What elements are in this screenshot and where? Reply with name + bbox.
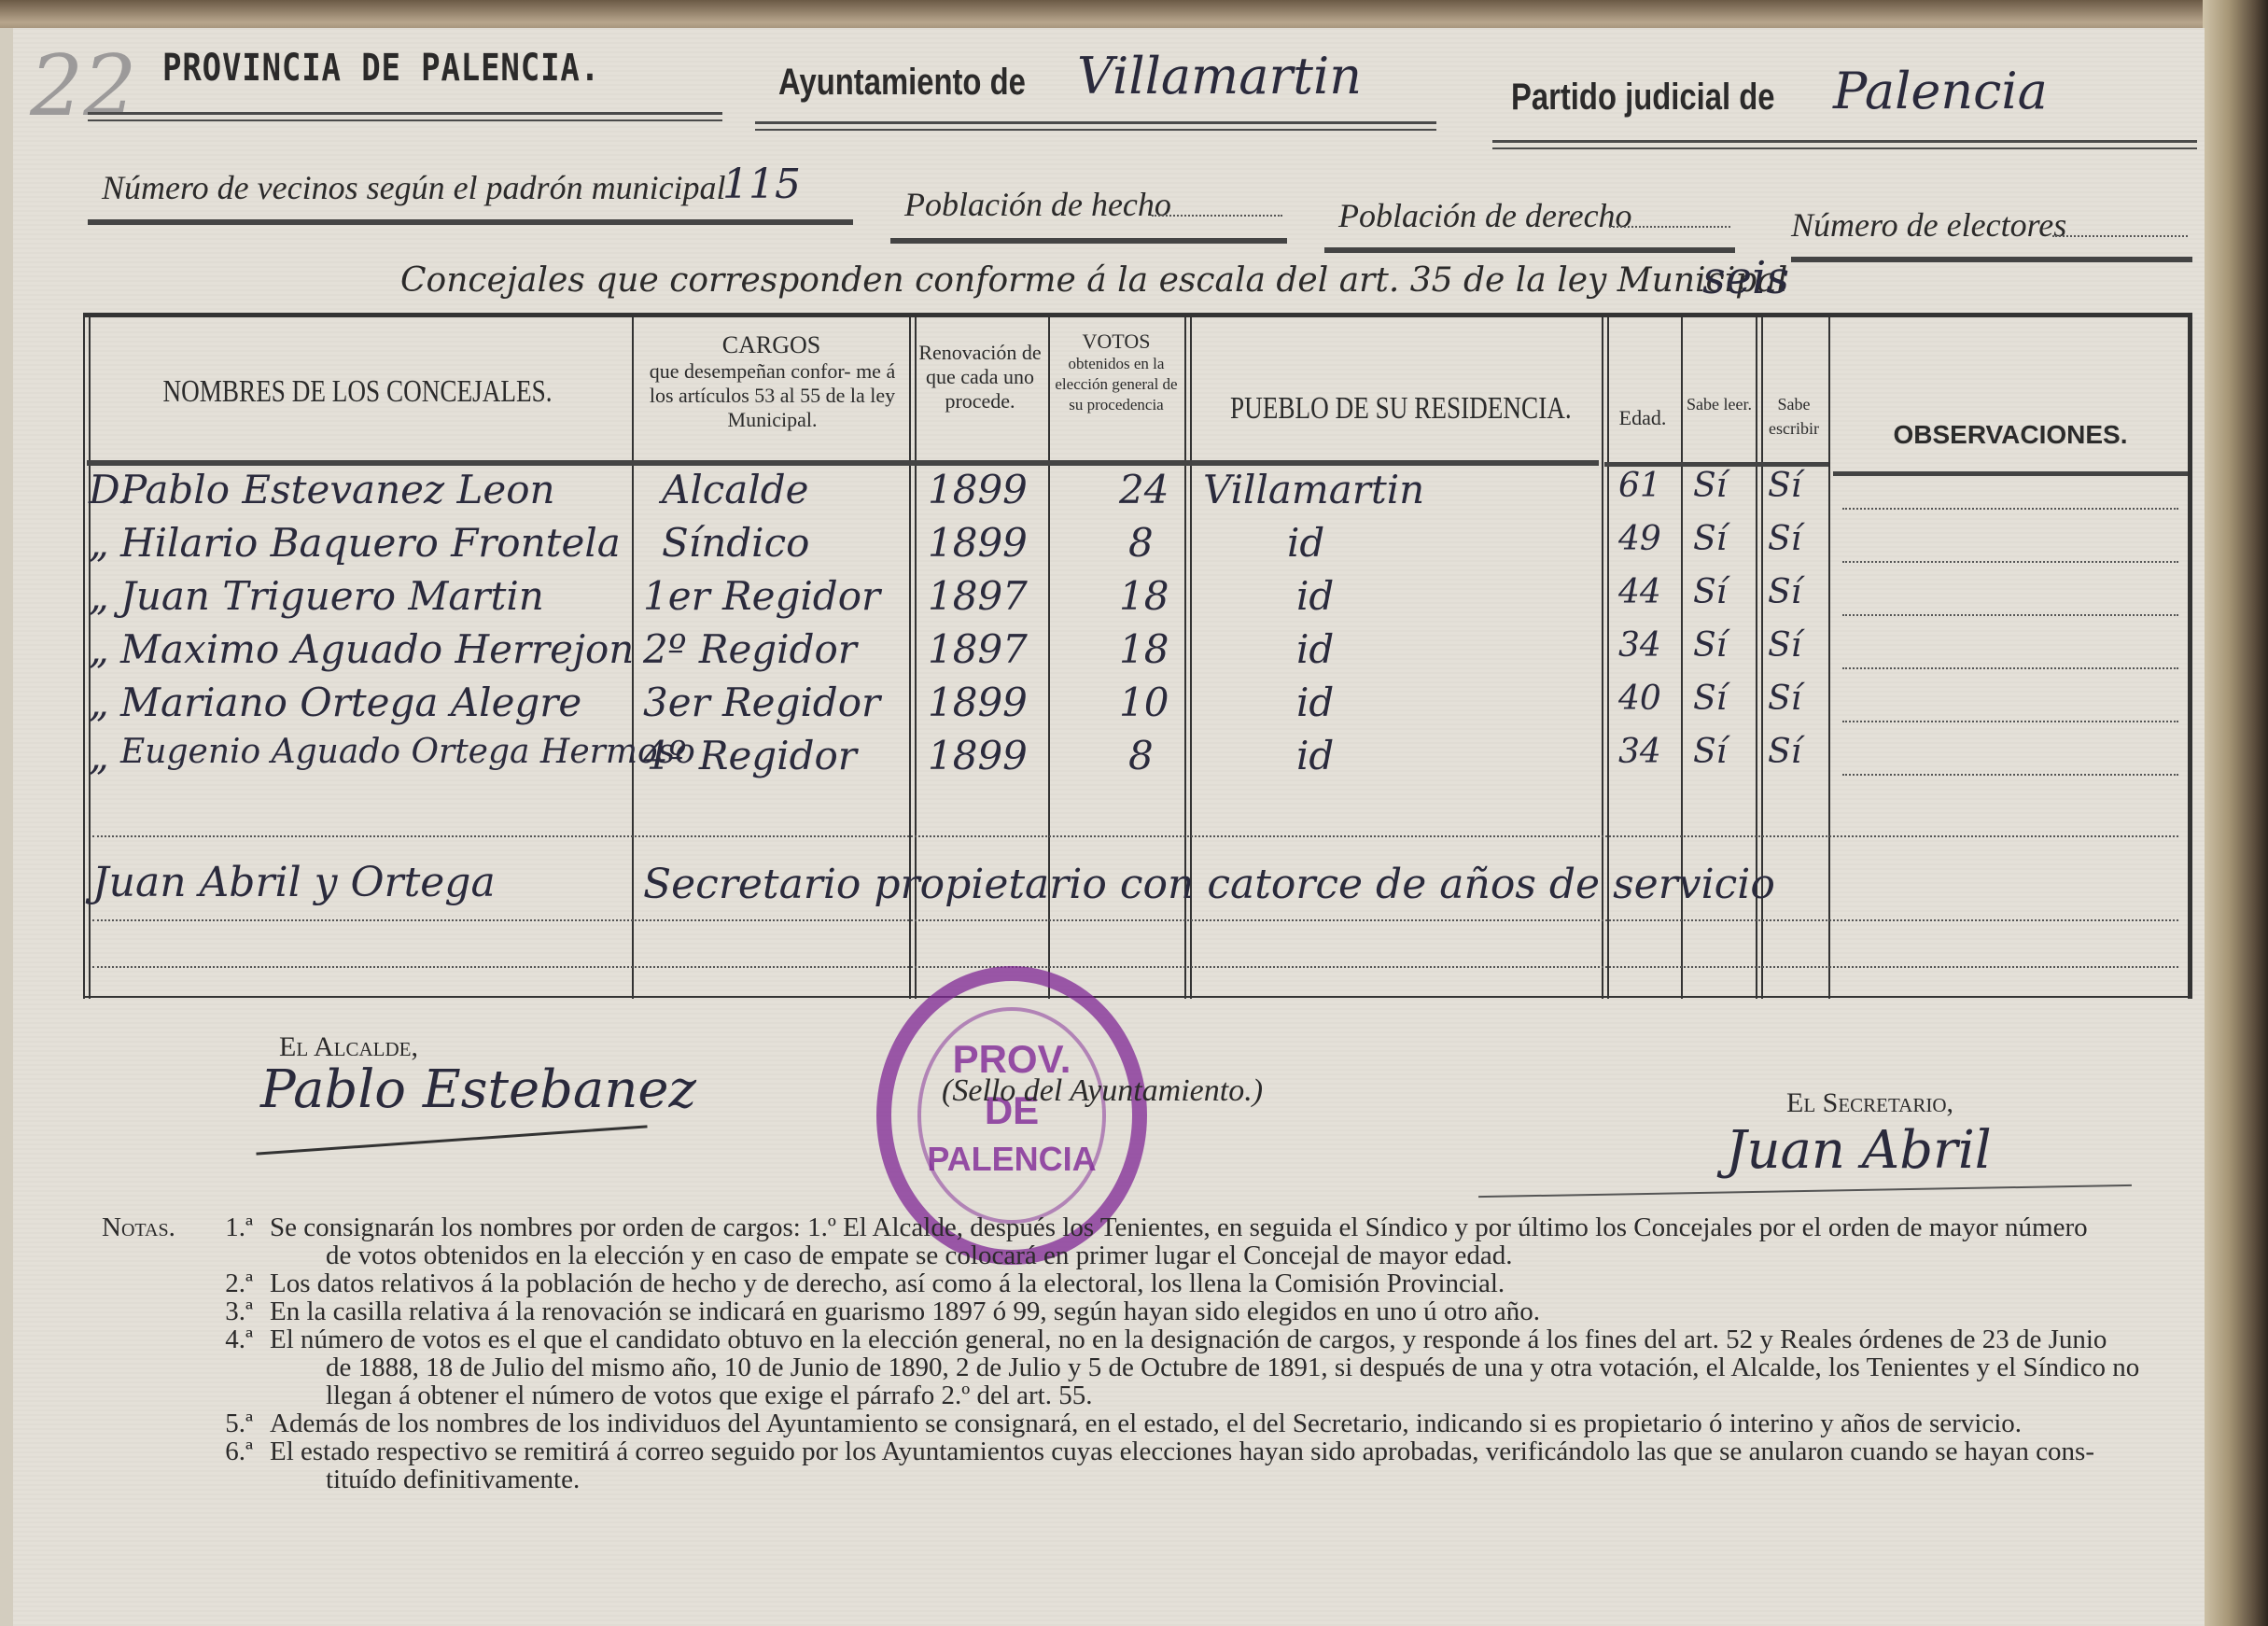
row-sabe-escribir: Sí xyxy=(1768,733,1801,771)
poblacion-derecho-rule xyxy=(1324,247,1735,253)
row-nombre: Pablo Estevanez Leon xyxy=(120,467,555,512)
poblacion-hecho-field xyxy=(1152,215,1282,217)
row-prefix: „ xyxy=(89,573,109,619)
row-cargo: 4º Regidor xyxy=(643,733,857,778)
row-pueblo: id xyxy=(1296,626,1334,672)
row-pueblo: id xyxy=(1296,680,1334,725)
table-bottom-border xyxy=(83,996,2192,998)
row-nombre: Eugenio Aguado Ortega Hermoso xyxy=(120,733,695,771)
electores-rule xyxy=(1791,257,2192,262)
row-prefix: „ xyxy=(89,680,109,725)
note-text: En la casilla relativa á la renovación s… xyxy=(270,1297,2192,1325)
note-text: Los datos relativos á la población de he… xyxy=(270,1269,2192,1297)
row-edad: 44 xyxy=(1618,573,1661,611)
row-pueblo: id xyxy=(1287,520,1324,566)
electores-label: Número de electores xyxy=(1791,205,2066,245)
note-text: de 1888, 18 de Julio del mismo año, 10 d… xyxy=(102,1353,2192,1381)
row-prefix: „ xyxy=(89,733,109,778)
province-title: PROVINCIA DE PALENCIA. xyxy=(162,47,600,90)
concejales-table: NOMBRES DE LOS CONCEJALES. CARGOS que de… xyxy=(83,313,2192,999)
row-renovacion: 1899 xyxy=(928,680,1028,725)
row-sabe-escribir: Sí xyxy=(1768,626,1801,665)
note-number: 5.ª xyxy=(188,1409,270,1437)
note-text: Además de los nombres de los individuos … xyxy=(270,1409,2192,1437)
header-cargos-sub: que desempeñan confor- me á los artículo… xyxy=(639,359,905,432)
poblacion-derecho-label: Población de derecho xyxy=(1338,196,1632,235)
header-nombres: NOMBRES DE LOS CONCEJALES. xyxy=(138,380,577,404)
note-number: 3.ª xyxy=(188,1297,270,1325)
row-cargo: 3er Regidor xyxy=(643,680,880,725)
row-votos: 18 xyxy=(1119,626,1169,672)
table-row: D. Pablo Estevanez Leon Alcalde 1899 24 … xyxy=(83,467,2192,518)
blank-row-line xyxy=(92,835,2178,837)
row-votos: 8 xyxy=(1128,733,1154,778)
secretary-detail: Secretario propietario con catorce de añ… xyxy=(643,861,1775,908)
row-edad: 49 xyxy=(1618,520,1661,558)
row-nombre: Hilario Baquero Frontela xyxy=(120,520,621,566)
partido-label: Partido judicial de xyxy=(1511,77,1775,119)
alcalde-flourish xyxy=(256,1125,647,1155)
row-observaciones xyxy=(1842,614,2178,616)
note-item: 2.ª Los datos relativos á la población d… xyxy=(102,1269,2192,1297)
note-item: 5.ª Además de los nombres de los individ… xyxy=(102,1409,2192,1437)
vecinos-rule xyxy=(88,219,853,225)
row-renovacion: 1899 xyxy=(928,467,1028,512)
header-cargos-title: CARGOS xyxy=(634,333,909,357)
row-cargo: Alcalde xyxy=(662,467,809,512)
table-row: „ Maximo Aguado Herrejon 2º Regidor 1897… xyxy=(83,626,2192,678)
row-nombre: Mariano Ortega Alegre xyxy=(120,680,581,725)
sello-caption: (Sello del Ayuntamiento.) xyxy=(942,1073,1263,1109)
secretario-signature: Juan Abril xyxy=(1726,1120,1992,1181)
note-text: de votos obtenidos en la elección y en c… xyxy=(102,1241,2192,1269)
row-sabe-escribir: Sí xyxy=(1768,467,1801,505)
poblacion-hecho-rule xyxy=(890,238,1287,244)
province-rule xyxy=(88,112,722,115)
secretario-underline xyxy=(1478,1184,2132,1198)
table-row: „ Mariano Ortega Alegre 3er Regidor 1899… xyxy=(83,680,2192,731)
table-row: „ Eugenio Aguado Ortega Hermoso 4º Regid… xyxy=(83,733,2192,784)
header-sabe-escribir: Sabe escribir xyxy=(1759,392,1828,441)
table-row: „ Juan Triguero Martin 1er Regidor 1897 … xyxy=(83,573,2192,624)
row-nombre: Juan Triguero Martin xyxy=(120,573,544,619)
partido-value: Palencia xyxy=(1833,62,2048,120)
note-number: 6.ª xyxy=(188,1437,270,1465)
stamp-line: PALENCIA xyxy=(891,1140,1132,1179)
ayuntamiento-value: Villamartin xyxy=(1077,47,1362,105)
note-number: 1.ª xyxy=(188,1213,270,1241)
row-edad: 34 xyxy=(1618,626,1661,665)
row-pueblo: id xyxy=(1296,573,1334,619)
row-votos: 8 xyxy=(1128,520,1154,566)
row-sabe-escribir: Sí xyxy=(1768,680,1801,718)
row-votos: 10 xyxy=(1119,680,1169,725)
row-votos: 18 xyxy=(1119,573,1169,619)
row-sabe-escribir: Sí xyxy=(1768,520,1801,558)
note-text: Se consignarán los nombres por orden de … xyxy=(270,1213,2192,1241)
header-sabe-leer: Sabe leer. xyxy=(1683,392,1756,416)
row-edad: 34 xyxy=(1618,733,1661,771)
note-number: 2.ª xyxy=(188,1269,270,1297)
row-pueblo: Villamartin xyxy=(1203,467,1424,512)
electores-field xyxy=(2052,235,2188,237)
row-cargo: 2º Regidor xyxy=(643,626,857,672)
row-observaciones xyxy=(1842,561,2178,563)
row-renovacion: 1899 xyxy=(928,520,1028,566)
row-observaciones xyxy=(1842,721,2178,722)
row-nombre: Maximo Aguado Herrejon xyxy=(120,626,634,672)
row-sabe-leer: Sí xyxy=(1693,733,1727,771)
row-prefix: „ xyxy=(89,520,109,566)
note-item: 4.ª El número de votos es el que el cand… xyxy=(102,1325,2192,1353)
blank-row-line xyxy=(92,966,2178,968)
row-sabe-leer: Sí xyxy=(1693,626,1727,665)
table-top-border xyxy=(83,313,2192,317)
ayuntamiento-label: Ayuntamiento de xyxy=(778,62,1026,104)
table-row: „ Hilario Baquero Frontela Síndico 1899 … xyxy=(83,520,2192,571)
row-renovacion: 1897 xyxy=(928,626,1028,672)
row-votos: 24 xyxy=(1119,467,1169,512)
header-edad: Edad. xyxy=(1604,406,1681,430)
note-item: 3.ª En la casilla relativa á la renovaci… xyxy=(102,1297,2192,1325)
row-sabe-leer: Sí xyxy=(1693,520,1727,558)
header-observaciones: OBSERVACIONES. xyxy=(1833,423,2188,447)
note-item: 6.ª El estado respectivo se remitirá á c… xyxy=(102,1437,2192,1465)
row-edad: 40 xyxy=(1618,680,1661,718)
note-text: El estado respectivo se remitirá á corre… xyxy=(270,1437,2192,1465)
header-bottom-rule xyxy=(87,460,1599,466)
blank-row-line xyxy=(92,919,2178,921)
book-edge-right xyxy=(2203,0,2268,1626)
row-cargo: 1er Regidor xyxy=(643,573,880,619)
alcalde-signature: Pablo Estebanez xyxy=(260,1059,696,1120)
secretary-name: Juan Abril y Ortega xyxy=(92,859,496,906)
header-votos-title: VOTOS xyxy=(1050,329,1183,354)
header-pueblo: PUEBLO DE SU RESIDENCIA. xyxy=(1230,397,1559,421)
secretary-row: Juan Abril y Ortega Secretario propietar… xyxy=(83,859,2192,915)
row-observaciones xyxy=(1842,667,2178,669)
poblacion-derecho-field xyxy=(1609,226,1730,228)
note-item: Notas. 1.ª Se consignarán los nombres po… xyxy=(102,1213,2192,1241)
concejales-value: seis xyxy=(1702,252,1789,304)
note-text: tituído definitivamente. xyxy=(102,1465,2192,1493)
row-edad: 61 xyxy=(1618,467,1661,505)
vecinos-value: 115 xyxy=(722,161,801,208)
notes-section: Notas. 1.ª Se consignarán los nombres po… xyxy=(102,1213,2192,1493)
row-observaciones xyxy=(1842,774,2178,776)
secretario-label: El Secretario, xyxy=(1786,1087,1953,1119)
header-renovacion: Renovación de que cada uno procede. xyxy=(914,341,1046,414)
alcalde-label: El Alcalde, xyxy=(279,1031,418,1063)
row-sabe-leer: Sí xyxy=(1693,467,1727,505)
notes-label: Notas. xyxy=(102,1213,188,1241)
partido-rule xyxy=(1492,140,2197,143)
note-number: 4.ª xyxy=(188,1325,270,1353)
row-sabe-escribir: Sí xyxy=(1768,573,1801,611)
row-cargo: Síndico xyxy=(662,520,809,566)
note-text: El número de votos es el que el candidat… xyxy=(270,1325,2192,1353)
ayuntamiento-rule xyxy=(755,121,1436,124)
note-text: llegan á obtener el número de votos que … xyxy=(102,1381,2192,1409)
concejales-label: Concejales que corresponden conforme á l… xyxy=(400,261,1787,300)
header-votos-sub: obtenidos en la elección general de su p… xyxy=(1050,354,1183,415)
poblacion-hecho-label: Población de hecho xyxy=(904,185,1171,224)
document-page: 22 PROVINCIA DE PALENCIA. Ayuntamiento d… xyxy=(0,28,2205,1626)
row-sabe-leer: Sí xyxy=(1693,680,1727,718)
row-renovacion: 1899 xyxy=(928,733,1028,778)
row-renovacion: 1897 xyxy=(928,573,1028,619)
row-pueblo: id xyxy=(1296,733,1334,778)
row-observaciones xyxy=(1842,508,2178,510)
vecinos-label: Número de vecinos según el padrón munici… xyxy=(102,168,726,207)
row-sabe-leer: Sí xyxy=(1693,573,1727,611)
row-prefix: „ xyxy=(89,626,109,672)
